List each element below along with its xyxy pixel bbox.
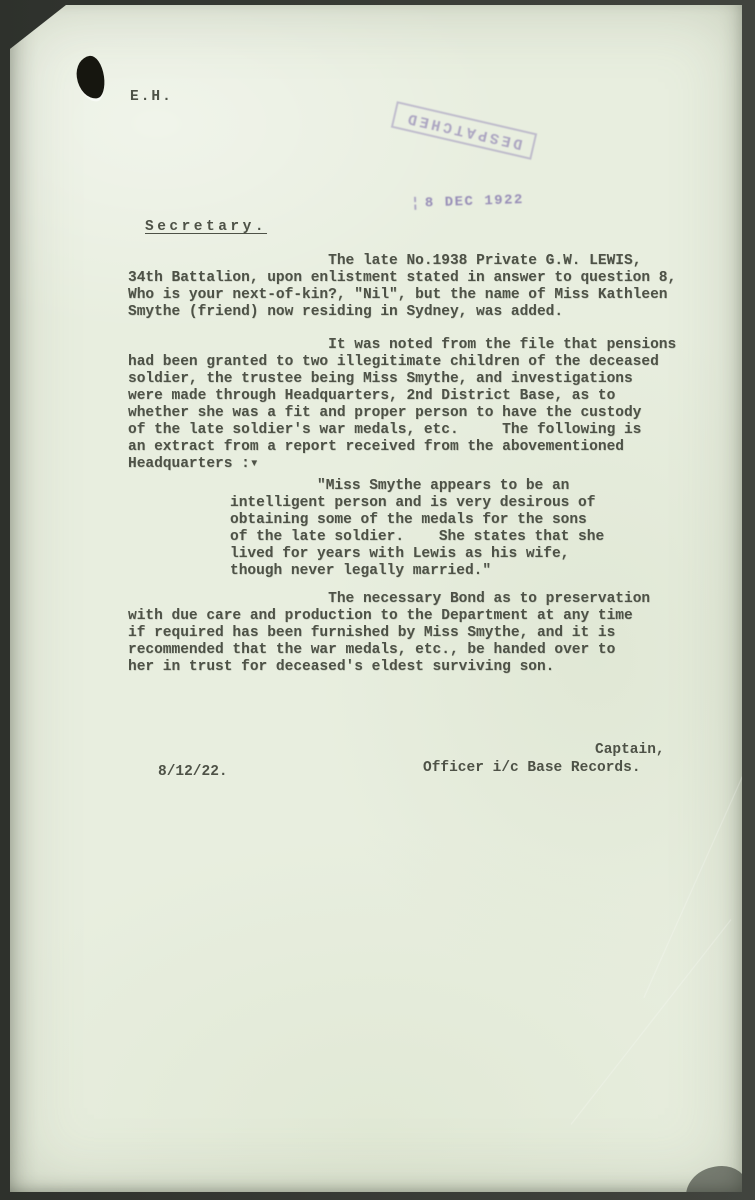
date-stamp-bracket: ¦ <box>411 196 421 212</box>
paragraph-recommendation: The necessary Bond as to preservation wi… <box>128 591 688 676</box>
date-stamp: ¦8 DEC 1922 <box>411 192 524 212</box>
page-corner-curl <box>686 1166 746 1196</box>
letter-date: 8/12/22. <box>158 764 228 780</box>
letter-body: The late No.1938 Private G.W. LEWIS, 34t… <box>128 253 688 676</box>
paragraph-enlistment: The late No.1938 Private G.W. LEWIS, 34t… <box>128 253 688 321</box>
punch-hole <box>74 54 107 100</box>
paragraph-investigation: It was noted from the file that pensions… <box>128 337 688 473</box>
clerk-initials: E.H. <box>130 89 173 105</box>
document-page: E.H. DESPATCHED ¦8 DEC 1922 Secretary. T… <box>10 5 742 1192</box>
scan-background: E.H. DESPATCHED ¦8 DEC 1922 Secretary. T… <box>0 0 755 1200</box>
addressee-heading: Secretary. <box>145 219 267 235</box>
paper-crease <box>570 919 732 1125</box>
despatched-stamp: DESPATCHED <box>391 101 537 160</box>
signature-rank: Captain, <box>595 742 665 758</box>
date-stamp-text: 8 DEC 1922 <box>425 192 525 211</box>
signature-title: Officer i/c Base Records. <box>423 760 641 776</box>
quoted-report-extract: "Miss Smythe appears to be an intelligen… <box>230 478 688 580</box>
